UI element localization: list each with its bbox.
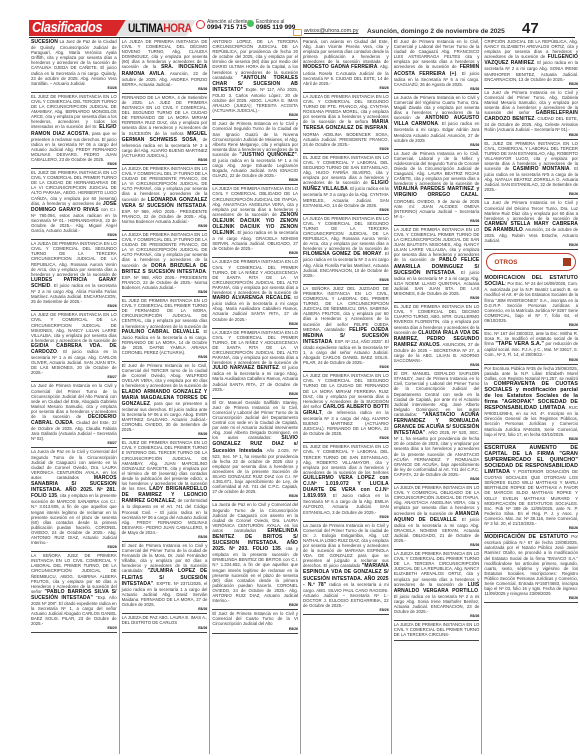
notice-highlight: PAULINO CABRAL DELVALLE — [122, 329, 200, 335]
column-1: SUCESION La Juez de Paz de la Ciudad de … — [29, 38, 120, 754]
email-contact: avisos@uhora.com.py — [293, 28, 359, 36]
column-5: El Juez de Primera Instancia en lo Civil… — [392, 38, 483, 754]
notice-code: E8/26 — [122, 87, 208, 91]
notice-code: E8/26 — [122, 290, 208, 294]
section-badge-icon — [563, 258, 571, 266]
legal-notice: El DR. MANUEL GERALDO SAIFILDIN STANLEY,… — [394, 370, 480, 484]
legal-notice: EL JUEZ DE PRIMERA INSTANCIA EN LO CIVIL… — [122, 439, 208, 542]
section-title: Clasificados — [32, 19, 102, 36]
notice-code: E8/26 — [303, 608, 389, 612]
notice-text: : Por Esc. Nº 24 del 16/09/2025, Com. A.… — [484, 281, 578, 323]
legal-notice: Por Escritura Pública Nº35 de fecha 25/0… — [484, 365, 578, 444]
legal-notice: EL JUEZ DE PRIMERA INSTANCIA EN LO CIVIL… — [31, 93, 117, 169]
notice-text: FERNANDO DE LA MORA, 4 de Setiembre de 2… — [122, 95, 208, 136]
legal-notice: LA JUEZA DE PRIMERA INSTANCIA EN LO CIVI… — [31, 240, 117, 311]
notice-text: El DR. MANUEL GERALDO SAIFILDIN STANLEY,… — [394, 371, 480, 417]
notice-code: E8/28 — [31, 545, 117, 549]
notice-text: , de conformidad a lo dispuesto en el Ar… — [122, 498, 208, 535]
legal-notice: EL JUEZ DE PRIMERA INSTANCIA EN LO CIVIL… — [122, 297, 208, 362]
phone-icon — [196, 20, 205, 29]
legal-notice: LA JUEZA DE PRIMERA INSTANCIA EN LO CIVI… — [394, 484, 480, 550]
legal-notice: LA SEÑORA JUEZ DEL JUZGADO DE PRIMERA IN… — [303, 285, 389, 372]
notice-code: E8/26 — [303, 278, 389, 282]
notice-highlight: VIDALINA PAREDES MARTINEZ y VIRGINIO ORR… — [394, 186, 480, 198]
section-badge-otros: OTROS — [486, 253, 576, 271]
legal-notice: El Juez de Primera Instancia en lo Civil… — [122, 362, 208, 439]
notice-code: E8/26 — [394, 477, 480, 481]
notice-text: LA JUEZA DE PRIMERA INSTANCIA EN LO CIVI… — [303, 216, 389, 252]
notice-code: E8/26 — [212, 251, 298, 255]
notice-highlight: MARIO ALVARENGA RECALDE — [212, 295, 290, 301]
legal-notice: La Jueza de Paz en lo Civil y Comercial … — [212, 501, 298, 610]
notice-code: E8/26 — [394, 363, 480, 367]
page-number: 47 — [522, 20, 539, 37]
notice-code: E8/27 — [31, 375, 117, 379]
notice-code: E8/26 — [122, 607, 208, 611]
legal-notice: CRIPCIÓN JUDICIAL DE LA REPÚBLICA, Abg. … — [484, 38, 578, 89]
notice-highlight: "JUSTINO QUIÑONEZ" — [239, 152, 296, 158]
notice-code: E8/26 — [303, 147, 389, 151]
notice-code: E8/26 — [212, 494, 298, 498]
notice-code: E3/26 — [31, 86, 117, 90]
legal-notice: LA JUEZA DE PRIMERA INSTANCIA EN LO CIVI… — [394, 550, 480, 621]
notice-code: E8/26 — [122, 626, 208, 630]
notice-highlight: JULIO NARVAEZ BENITEZ — [212, 365, 279, 371]
notice-code: E8/26 — [484, 437, 578, 441]
notice-code: E8/27 — [31, 441, 117, 445]
legal-notice: SUCESION La Juez de Paz de la Ciudad de … — [31, 38, 117, 93]
legal-notice: Esc. Nº 167 del 28/03/22, ante la Esc. M… — [484, 330, 578, 364]
legal-notice: LA JUEZ DE PRIMERA INSTANCIA EN LO CIVIL… — [303, 372, 389, 443]
column-4: Paraná, con asiento en Ciudad del Este, … — [301, 38, 392, 754]
notice-code: E8/26 — [212, 392, 298, 396]
legal-notice: La Juez de Primera Instancia en lo Civil… — [484, 89, 578, 140]
notice-text: , cita y emplaza en la presente sucesión… — [212, 546, 298, 603]
envelope-icon — [293, 29, 302, 36]
legal-notice: Paraná, con asiento en Ciudad del Este, … — [303, 38, 389, 93]
notice-highlight: "TAPE VERA S.A." — [495, 341, 544, 347]
legal-notice: La Jueza de Primera Instancia en lo Civi… — [394, 94, 480, 150]
legal-notice: El Juez de Primera Instancia en lo Civil… — [122, 542, 208, 614]
notice-text: El Juez de Primera Instancia en lo Civil… — [212, 611, 298, 626]
notice-code: E8/26 — [394, 614, 480, 618]
legal-notice: El Dr. Manuel Geraldo Saiffildin Stanley… — [212, 399, 298, 502]
notice-text: . Año 2.025, Nº 523, Sec. Nº 1, ha resue… — [212, 448, 298, 495]
brand-logo: ULTIMAHORA — [128, 21, 192, 35]
notice-text: LA JUEZA DE PRIMERA INSTANCIA EN LO CIVI… — [212, 330, 298, 366]
notice-code: E8/26 — [303, 208, 389, 212]
notice-text: LA JUEZA DE PRIMERA INSTANCIA EN LO CIVI… — [212, 259, 298, 295]
notice-code: E8/26 — [31, 304, 117, 308]
whatsapp-contact: Escribinos al 0985 119 999 — [247, 19, 295, 31]
notice-text: El Juez de Primera Instancia en lo Civil… — [122, 363, 208, 388]
notice-text: LA JUEZA DE PRIMERA INSTANCIA EN LO CIVI… — [394, 551, 480, 587]
publication-date: Asunción, domingo 2 de noviembre de 2025 — [367, 28, 505, 35]
legal-notice: ESCRITURA AUMENTO DE CAPITAL DE LA FIRMA… — [484, 444, 578, 533]
legal-notice: La Juez de Primera Instancia en lo Civil… — [484, 199, 578, 250]
notice-code: E8/26 — [122, 158, 208, 162]
notice-text: , cita y emplaza en la presente sucesión… — [31, 493, 117, 545]
legal-notice: EL JUEZ DE PRIMERA INSTANCIA EN LO CIVIL… — [31, 169, 117, 240]
legal-notice: ANTONIO LOPEZ, DE LA TERCERA CIRCUNSCRIP… — [212, 38, 298, 120]
notice-code: E8/26 — [122, 535, 208, 539]
legal-notice: LA JUEZA DE PRIMERA INSTANCIA DE CIVIL Y… — [122, 38, 208, 94]
notice-text: EL JUEZ DE PRIMERA INSTANCIA EN LO CIVIL… — [122, 298, 208, 328]
legal-notice: LA JUEZA DE PRIMERA INSTANCIA EN LO CIVI… — [122, 165, 208, 231]
column-6: CRIPCIÓN JUDICIAL DE LA REPÚBLICA, Abg. … — [482, 38, 580, 754]
notice-code: E8/26 — [303, 515, 389, 519]
legal-notice: LA JUEZA DE PAZ ABG. LAURA E. IMAS A., D… — [122, 614, 208, 633]
notice-code: E8/26 — [484, 243, 578, 247]
notice-code: E8/26 — [484, 596, 578, 600]
notice-text: LA JUEZ DE PRIMERA INSTANCIA EN LO CIVIL… — [31, 312, 117, 342]
legal-notice: LA JUEZA DE PRIMERA INSTANCIA EN LO CIVI… — [303, 93, 389, 154]
notice-text: Y POSTERIOR DONACIÓN DE CUOTAS SOCIALES … — [484, 469, 578, 526]
customer-service: Atención al cliente: 0994 715 715 — [196, 19, 249, 31]
notice-text: LA SEÑORA JUEZ DEL JUZGADO DE PRIMERA IN… — [303, 286, 389, 332]
notice-text: LA SEÑORA JUEZ DE PRIMERA INSTANCIA EN L… — [31, 553, 117, 594]
notice-text: La Jueza de Primera Instancia en lo Civi… — [303, 523, 389, 569]
notice-code: E8/26 — [303, 436, 389, 440]
notice-code: E8/26 — [484, 526, 578, 530]
legal-notice: El Juez de Primera Instancia en lo Civil… — [212, 120, 298, 185]
notice-code: E8/26 — [31, 162, 117, 166]
legal-notice: EL JUEZ DE PRIMERA INSTANCIA EN LO CIVIL… — [484, 140, 578, 200]
legal-notice: LA JUEZA DE PRIMERA INSTANCIA EN LO CIVI… — [303, 215, 389, 285]
notice-highlight: SUCESION — [31, 39, 58, 45]
legal-notice: LA SEÑORA JUEZ DE PRIMERA INSTANCIA EN L… — [31, 552, 117, 633]
whatsapp-icon — [247, 20, 254, 27]
legal-notice: El Juez de Primera Instancia en lo Civil… — [394, 38, 480, 94]
legal-notice: EL JUEZ DE PRIMERA INSTANCIA EN LO CIVIL… — [394, 303, 480, 370]
legal-notice: LA JUEZ DE PRIMERA INSTANCIA EN LO CIVIL… — [394, 226, 480, 303]
legal-notice: EL JUEZ DE PRIMERA INSTANCIA EN LO CIVIL… — [303, 154, 389, 215]
legal-notice: EL JUEZ DE PRIMERA INSTANCIA EN LO CIVIL… — [303, 443, 389, 521]
legal-notice: MODIFICACION DEL ESTATUTO SOCIAL: Por Es… — [484, 274, 578, 330]
notice-code: E8/26 — [212, 603, 298, 607]
notice-code: E8/26 — [212, 113, 298, 117]
legal-notice: MODIFICACIÓN DE ESTATUTO Por escritura p… — [484, 533, 578, 603]
notice-text: La Juez de Primera Instancia en lo Civil… — [484, 200, 578, 220]
legal-notice: El Juez de Primera Instancia en lo Civil… — [212, 610, 298, 634]
notice-code: E8/26 — [394, 143, 480, 147]
notice-text: LA JUEZA DE PAZ ABG. LAURA E. IMAS A., D… — [122, 615, 208, 625]
notice-text: LA JUEZA DE PRIMERA INSTANCIA EN LO CIVI… — [31, 241, 117, 277]
legal-notice: FERNANDO DE LA MORA, 4 de Setiembre de 2… — [122, 94, 208, 165]
notice-highlight: FILOMENA GOMEZ DE MORAY — [303, 251, 382, 257]
notice-code: E8/26 — [31, 233, 117, 237]
notice-code: E8/26 — [484, 323, 578, 327]
column-2: LA JUEZA DE PRIMERA INSTANCIA DE CIVIL Y… — [120, 38, 211, 754]
notice-text: El Dr. Manuel Geraldo Saiffildin Stanley… — [212, 400, 298, 441]
notice-code: E8/26 — [484, 82, 578, 86]
notice-code: E8/26 — [122, 224, 208, 228]
notice-text: ANTONIO LOPEZ, DE LA TERCERA CIRCUNSCRIP… — [212, 39, 298, 80]
notice-text: Por escritura pública N.º 67 de fecha 22… — [484, 534, 578, 596]
notice-text: La Juez de Paz de la Ciudad de Quiindy, … — [31, 39, 117, 86]
legal-notice: LA JUEZA DE PRIMERA INSTANCIA EN LO CIVI… — [212, 258, 298, 328]
legal-notice: LA JUEZ DE PRIMERA INSTANCIA EN LO CIVIL… — [31, 311, 117, 382]
notice-code: E8/26 — [303, 86, 389, 90]
notice-highlight: CASIMIRO MONTANIA — [513, 166, 570, 172]
notice-code: E8/26 — [212, 178, 298, 182]
notice-code: E8/26 — [212, 627, 298, 631]
legal-notice: La Jueza de Paz en lo Civil y Comercial … — [31, 448, 117, 552]
notice-text: Paraná, con asiento en Ciudad del Este, … — [303, 39, 389, 64]
email-link[interactable]: avisos@uhora.com.py — [304, 28, 359, 34]
notice-text: EL JUEZ DE PRIMERA INSTANCIA EN LO CIVIL… — [122, 440, 208, 491]
notice-text: LA JUEZA DE PRIMERA INSTANCIA EN LO CIVI… — [394, 622, 480, 637]
notice-code: E8/26 — [394, 87, 480, 91]
notice-text: EL JUEZ DE PRIMERA INSTANCIA EN LO CIVIL… — [303, 444, 389, 474]
notice-code: E8/29 — [31, 626, 117, 630]
notice-code: E8/26 — [484, 358, 578, 362]
notice-text: La Juez de Primera Instancia en lo Civil… — [394, 151, 480, 187]
notice-highlight: MODESTO GADNA FERREIRA — [303, 64, 377, 70]
legal-notice: LA JUEZA DE PRIMERA INSTANCIA EN LO CIVI… — [212, 185, 298, 258]
notice-code: E8/26 — [394, 219, 480, 223]
legal-notice: LA JUEZA DE PRIMERA INSTANCIA EN LO CIVI… — [122, 231, 208, 297]
legal-notice: LA JUEZA DE PRIMERA INSTANCIA EN LO CIVI… — [394, 621, 480, 641]
legal-notice: La Juez de Primera Instancia en lo Civil… — [394, 150, 480, 226]
notice-highlight: COMPRAVENTA DE CUOTAS SOCIALES y modific… — [484, 381, 578, 411]
notice-code: E8/26 — [484, 133, 578, 137]
section-badge-label: OTROS — [494, 259, 517, 266]
notice-code: E8/26 — [394, 296, 480, 300]
notice-code: E8/26 — [394, 543, 480, 547]
classifieds-columns: SUCESION La Juez de Paz de la Ciudad de … — [29, 38, 580, 756]
page-header: Clasificados ULTIMAHORA Atención al clie… — [0, 0, 580, 34]
column-3: ANTONIO LOPEZ, DE LA TERCERA CIRCUNSCRIP… — [210, 38, 301, 754]
notice-code: E8/26 — [303, 365, 389, 369]
legal-notice: La Juez de Primera Instancia en lo Civil… — [31, 382, 117, 448]
legal-notice: LA JUEZA DE PRIMERA INSTANCIA EN LO CIVI… — [212, 329, 298, 399]
notice-code: E8/26 — [122, 432, 208, 436]
notice-code: E8/26 — [122, 355, 208, 359]
notice-code: E8/26 — [212, 322, 298, 326]
notice-text: . AÑO 2025, Nº 520, SEC. Nº 1, ha resuel… — [394, 430, 480, 477]
notice-highlight: MODIFICACIÓN DE ESTATUTO — [484, 534, 568, 540]
notice-code: E8/26 — [484, 192, 578, 196]
legal-notice: La Jueza de Primera Instancia en lo Civi… — [303, 522, 389, 616]
